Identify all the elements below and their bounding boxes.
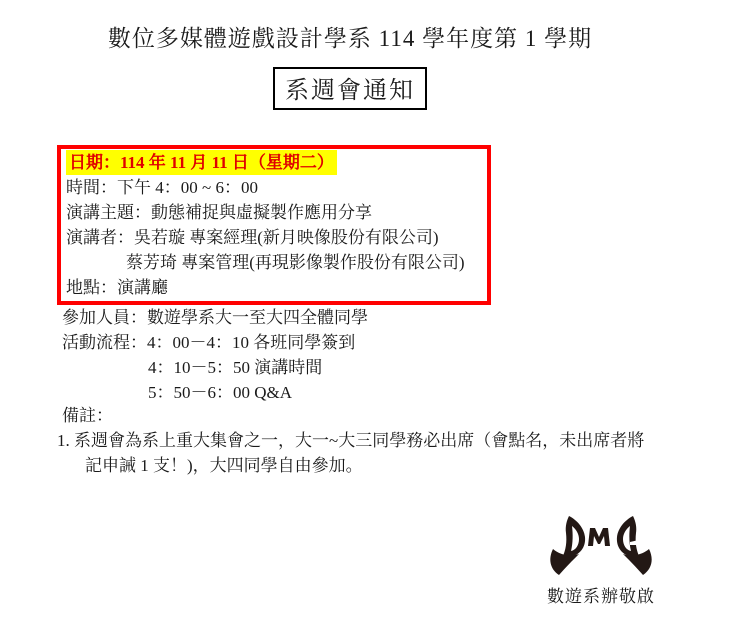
event-speaker-1: 演講者：吳若璇 專案經理(新月映像股份有限公司)	[66, 225, 487, 250]
note-1-line-1: 1. 系週會為系上重大集會之一，大一~大三同學務必出席（會點名，未出席者將	[57, 428, 707, 453]
notes-label: 備註：	[62, 403, 707, 428]
subtitle-boxed-heading: 系週會通知	[273, 67, 427, 110]
dmg-game-controller-logo-icon	[546, 512, 656, 578]
signature-block: 數遊系辦敬啟	[544, 512, 658, 607]
event-time: 時間：下午 4：00 ~ 6：00	[66, 175, 487, 200]
subtitle-container: 系週會通知	[0, 67, 700, 110]
event-details-box: 日期：114 年 11 月 11 日（星期二） 時間：下午 4：00 ~ 6：0…	[57, 145, 491, 305]
event-speaker-2: 蔡芳琦 專案管理(再現影像製作股份有限公司)	[66, 250, 487, 275]
document-title: 數位多媒體遊戲設計學系 114 學年度第 1 學期	[0, 0, 700, 53]
event-location: 地點：演講廳	[66, 275, 487, 300]
event-date-highlighted: 日期：114 年 11 月 11 日（星期二）	[66, 150, 337, 175]
attendees-line: 參加人員：數遊學系大一至大四全體同學	[62, 305, 707, 330]
schedule-line-2: 4：10－5：50 演講時間	[62, 355, 707, 380]
event-topic: 演講主題：動態補捉與虛擬製作應用分享	[66, 200, 487, 225]
signoff-text: 數遊系辦敬啟	[544, 582, 658, 607]
event-date-line: 日期：114 年 11 月 11 日（星期二）	[66, 150, 487, 175]
note-1-line-2: 記申誡 1 支！)，大四同學自由參加。	[85, 453, 707, 478]
schedule-line-1: 活動流程：4：00－4：10 各班同學簽到	[62, 330, 707, 355]
notice-body: 日期：114 年 11 月 11 日（星期二） 時間：下午 4：00 ~ 6：0…	[57, 145, 707, 478]
meeting-notice-document: 數位多媒體遊戲設計學系 114 學年度第 1 學期 系週會通知 日期：114 年…	[0, 0, 741, 621]
schedule-line-3: 5：50－6：00 Q&A	[62, 380, 707, 405]
